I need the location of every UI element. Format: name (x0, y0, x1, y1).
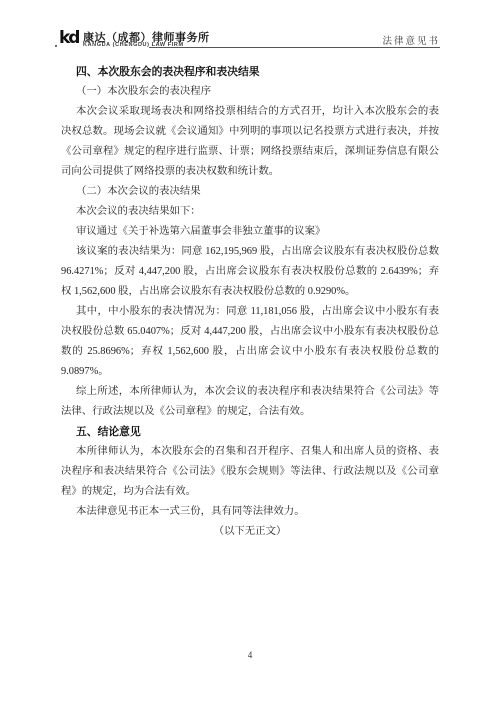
section4-paragraph-procedure: 本次会议采取现场表决和网络投票相结合的方式召开，均计入本次股东会的表决权总数。现… (61, 102, 439, 182)
section4-paragraph-vote-counts: 该议案的表决结果为：同意 162,195,969 股，占出席会议股东有表决权股份… (61, 242, 439, 302)
section4-paragraph-minority-votes: 其中，中小股东的表决情况为：同意 11,181,056 股，占出席会议中小股东有… (61, 302, 439, 382)
section4-paragraph-conclusion: 综上所述，本所律师认为，本次会议的表决程序和表决结果符合《公司法》等法律、行政法… (61, 382, 439, 422)
law-firm-logo-icon: kd (59, 29, 79, 48)
section4-heading: 四、本次股东会的表决程序和表决结果 (61, 62, 439, 82)
page-header: kd 康达（成都）律师事务所 KANGDA (CHENGDU) LAW FIRM… (0, 0, 500, 52)
section5-paragraph-copies: 本法律意见书正本一式三份，具有同等法律效力。 (61, 502, 439, 522)
end-of-text-notice: （以下无正文） (61, 522, 439, 542)
page-number: 4 (0, 650, 500, 660)
legal-opinion-document-page: kd 康达（成都）律师事务所 KANGDA (CHENGDU) LAW FIRM… (0, 0, 500, 707)
section4-paragraph-results-intro: 本次会议的表决结果如下： (61, 202, 439, 222)
section4-paragraph-resolution: 审议通过《关于补选第六届董事会非独立董事的议案》 (61, 222, 439, 242)
header-dot-mark (55, 45, 57, 47)
document-body: 四、本次股东会的表决程序和表决结果 （一）本次股东会的表决程序 本次会议采取现场… (61, 62, 439, 542)
section5-paragraph-opinion: 本所律师认为，本次股东会的召集和召开程序、召集人和出席人员的资格、表决程序和表决… (61, 442, 439, 502)
section5-heading: 五、结论意见 (61, 422, 439, 442)
header-divider (149, 47, 440, 48)
section4-subheading-2: （二）本次会议的表决结果 (61, 182, 439, 202)
section4-subheading-1: （一）本次股东会的表决程序 (61, 82, 439, 102)
document-type-label: 法律意见书 (382, 33, 440, 47)
